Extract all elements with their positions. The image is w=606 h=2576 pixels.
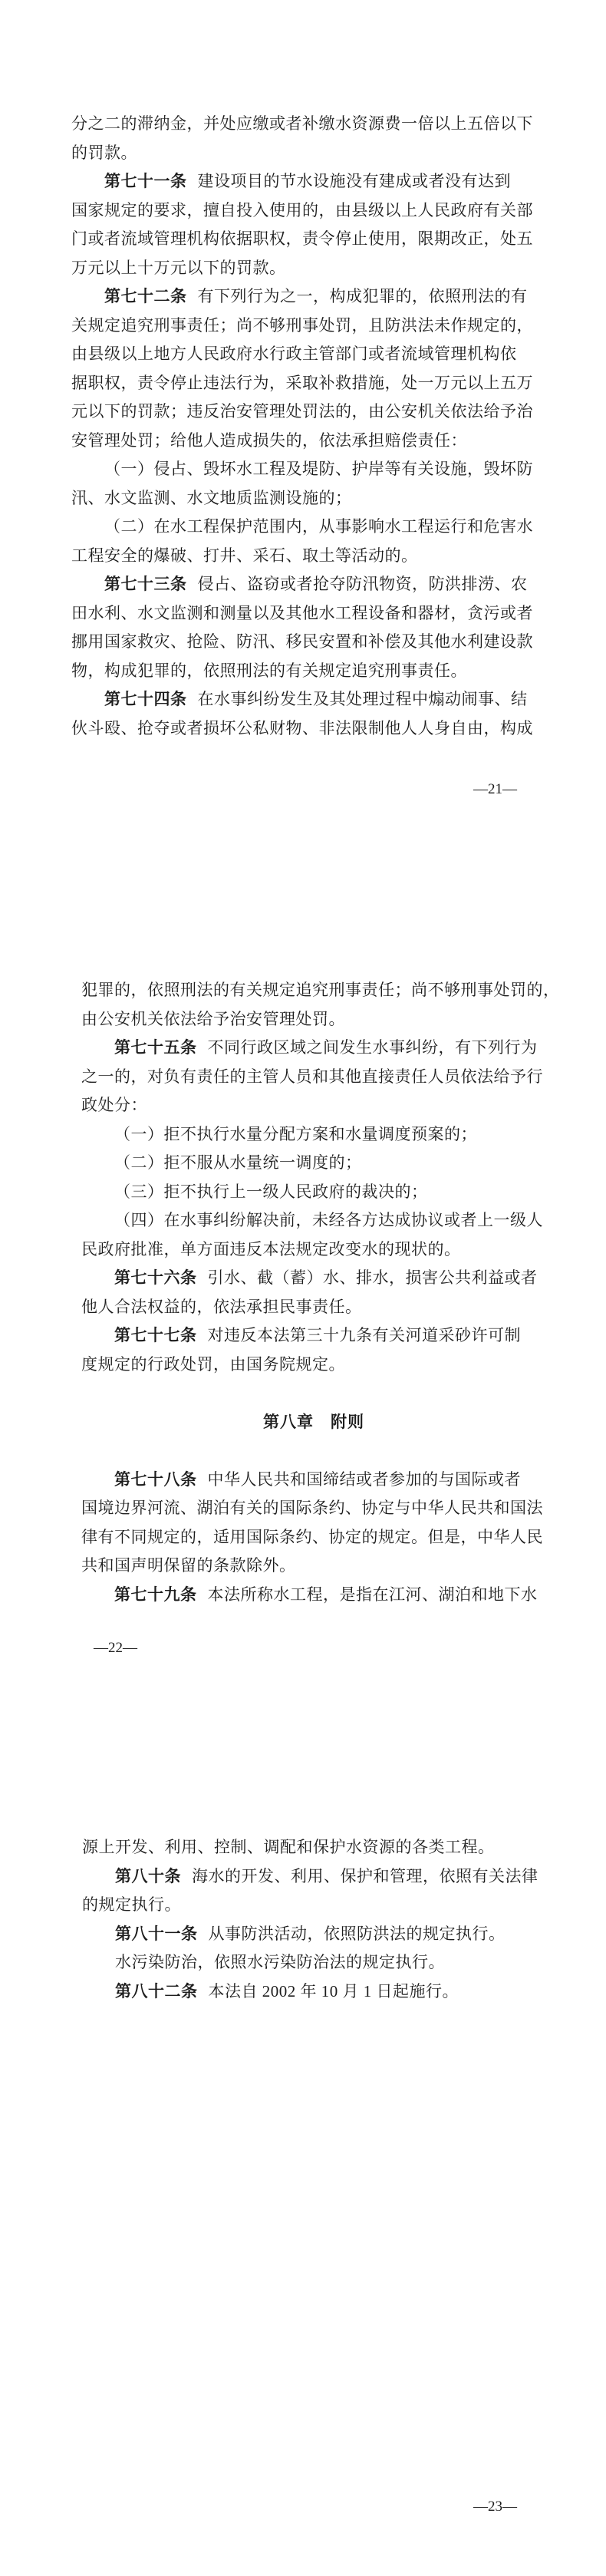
line-text: （二）拒不服从水量统一调度的；	[114, 1153, 362, 1172]
text-line: 第八十一条从事防洪活动，依照防洪法的规定执行。	[82, 1920, 547, 1949]
line-text: （四）在水事纠纷解决前，未经各方达成协议或者上一级人	[114, 1211, 543, 1229]
article-number: 第七十一条	[104, 172, 187, 190]
line-text: 从事防洪活动，依照防洪法的规定执行。	[209, 1925, 506, 1943]
text-line: 伙斗殴、抢夺或者损坏公私财物、非法限制他人人身自由，构成	[71, 714, 536, 744]
text-line: 安管理处罚；给他人造成损失的，依法承担赔偿责任：	[71, 427, 536, 456]
text-line	[81, 1436, 546, 1466]
line-text: 不同行政区域之间发生水事纠纷，有下列行为	[208, 1038, 538, 1057]
text-line: 民政府批准，单方面违反本法规定改变水的现状的。	[81, 1235, 546, 1265]
page-number: —22—	[94, 1640, 137, 1657]
line-text: （二）在水工程保护范围内，从事影响水工程运行和危害水	[104, 517, 533, 536]
line-text: 源上开发、利用、控制、调配和保护水资源的各类工程。	[82, 1838, 495, 1856]
line-text: （三）拒不执行上一级人民政府的裁决的；	[114, 1182, 428, 1201]
article-number: 第八十一条	[115, 1925, 198, 1943]
text-line: （三）拒不执行上一级人民政府的裁决的；	[81, 1178, 546, 1207]
line-text: 本法自 2002 年 10 月 1 日起施行。	[209, 1982, 459, 2000]
line-text: 有下列行为之一，构成犯罪的，依照刑法的有	[198, 287, 528, 305]
line-text: 工程安全的爆破、打井、采石、取土等活动的。	[71, 546, 418, 565]
line-text: 元以下的罚款；违反治安管理处罚法的，由公安机关依法给予治	[71, 402, 533, 421]
article-number: 第七十八条	[114, 1470, 197, 1489]
line-text: 民政府批准，单方面违反本法规定改变水的现状的。	[81, 1240, 461, 1258]
line-text: 汛、水文监测、水文地质监测设施的；	[71, 489, 352, 507]
line-text: 建设项目的节水设施没有建成或者没有达到	[198, 172, 512, 190]
line-text: （一）侵占、毁坏水工程及堤防、护岸等有关设施，毁坏防	[104, 460, 533, 478]
line-text: 犯罪的，依照刑法的有关规定追究刑事责任；尚不够刑事处罚的，	[81, 981, 560, 999]
text-line: 水污染防治，依照水污染防治法的规定执行。	[82, 1948, 547, 1977]
line-text: 的罚款。	[71, 143, 137, 162]
line-text: 对违反本法第三十九条有关河道采砂许可制	[208, 1326, 522, 1344]
page-content: 犯罪的，依照刑法的有关规定追究刑事责任；尚不够刑事处罚的，由公安机关依法给予治安…	[81, 976, 546, 1609]
text-line: 由公安机关依法给予治安管理处罚。	[81, 1005, 546, 1034]
line-text: 据职权，责令停止违法行为，采取补救措施，处一万元以上五万	[71, 374, 533, 392]
page: 犯罪的，依照刑法的有关规定追究刑事责任；尚不够刑事处罚的，由公安机关依法给予治安…	[0, 859, 606, 1717]
text-line: 万元以上十万元以下的罚款。	[71, 254, 536, 283]
text-line: （二）拒不服从水量统一调度的；	[81, 1149, 546, 1178]
text-line: 源上开发、利用、控制、调配和保护水资源的各类工程。	[82, 1833, 547, 1862]
line-text: 度规定的行政处罚，由国务院规定。	[81, 1355, 345, 1374]
chapter-heading: 第八章 附则	[81, 1408, 546, 1437]
page-content: 分之二的滞纳金，并处应缴或者补缴水资源费一倍以上五倍以下的罚款。第七十一条建设项…	[71, 110, 536, 743]
page: 分之二的滞纳金，并处应缴或者补缴水资源费一倍以上五倍以下的罚款。第七十一条建设项…	[0, 0, 606, 859]
line-text: 国境边界河流、湖泊有关的国际条约、协定与中华人民共和国法	[81, 1499, 543, 1517]
text-line: 他人合法权益的，依法承担民事责任。	[81, 1293, 546, 1322]
line-text: 水污染防治，依照水污染防治法的规定执行。	[115, 1953, 445, 1971]
line-text: 中华人民共和国缔结或者参加的与国际或者	[208, 1470, 522, 1489]
text-line: 第七十九条本法所称水工程，是指在江河、湖泊和地下水	[81, 1581, 546, 1610]
text-line: 门或者流域管理机构依据职权，责令停止使用，限期改正，处五	[71, 225, 536, 254]
text-line: 第七十七条对违反本法第三十九条有关河道采砂许可制	[81, 1321, 546, 1351]
article-number: 第七十二条	[104, 287, 187, 305]
text-line: （一）侵占、毁坏水工程及堤防、护岸等有关设施，毁坏防	[71, 455, 536, 484]
text-line: （二）在水工程保护范围内，从事影响水工程运行和危害水	[71, 513, 536, 542]
line-text: 本法所称水工程，是指在江河、湖泊和地下水	[208, 1585, 538, 1604]
article-number: 第八十条	[115, 1867, 181, 1885]
text-line: 共和国声明保留的条款除外。	[81, 1552, 546, 1581]
text-line: 分之二的滞纳金，并处应缴或者补缴水资源费一倍以上五倍以下	[71, 110, 536, 139]
text-line: 第七十六条引水、截（蓄）水、排水，损害公共利益或者	[81, 1264, 546, 1293]
text-line: （四）在水事纠纷解决前，未经各方达成协议或者上一级人	[81, 1206, 546, 1235]
line-text: 国家规定的要求，擅自投入使用的，由县级以上人民政府有关部	[71, 201, 533, 219]
text-line: 第八十条海水的开发、利用、保护和管理，依照有关法律	[82, 1862, 547, 1892]
line-text: 由公安机关依法给予治安管理处罚。	[81, 1010, 345, 1028]
line-text: 物，构成犯罪的，依照刑法的有关规定追究刑事责任。	[71, 661, 467, 680]
line-text: 在水事纠纷发生及其处理过程中煽动闹事、结	[198, 690, 528, 708]
document-canvas: 分之二的滞纳金，并处应缴或者补缴水资源费一倍以上五倍以下的罚款。第七十一条建设项…	[0, 0, 606, 2576]
text-line: 第七十一条建设项目的节水设施没有建成或者没有达到	[71, 167, 536, 196]
text-line	[81, 1379, 546, 1408]
line-text: 田水利、水文监测和测量以及其他水工程设备和器材，贪污或者	[71, 604, 533, 622]
text-line: 国境边界河流、湖泊有关的国际条约、协定与中华人民共和国法	[81, 1494, 546, 1523]
line-text: 政处分：	[81, 1096, 147, 1114]
line-text: 律有不同规定的，适用国际条约、协定的规定。但是，中华人民	[81, 1528, 543, 1546]
page-content: 源上开发、利用、控制、调配和保护水资源的各类工程。第八十条海水的开发、利用、保护…	[82, 1833, 547, 2006]
line-text: 关规定追究刑事责任；尚不够刑事处罚，且防洪法未作规定的，	[71, 316, 533, 335]
page-number: —23—	[473, 2498, 517, 2515]
line-text: 第八章 附则	[263, 1413, 364, 1431]
text-line: 据职权，责令停止违法行为，采取补救措施，处一万元以上五万	[71, 369, 536, 398]
article-number: 第七十三条	[104, 575, 187, 593]
text-line: 第七十四条在水事纠纷发生及其处理过程中煽动闹事、结	[71, 685, 536, 714]
article-number: 第七十六条	[114, 1268, 197, 1287]
text-line: 第七十五条不同行政区域之间发生水事纠纷，有下列行为	[81, 1034, 546, 1063]
text-line: 第七十二条有下列行为之一，构成犯罪的，依照刑法的有	[71, 282, 536, 312]
text-line: 工程安全的爆破、打井、采石、取土等活动的。	[71, 542, 536, 571]
text-line: 田水利、水文监测和测量以及其他水工程设备和器材，贪污或者	[71, 599, 536, 628]
text-line: 汛、水文监测、水文地质监测设施的；	[71, 484, 536, 513]
article-number: 第七十四条	[104, 690, 187, 708]
line-text: 共和国声明保留的条款除外。	[81, 1556, 296, 1575]
line-text: 引水、截（蓄）水、排水，损害公共利益或者	[208, 1268, 538, 1287]
text-line: 的罚款。	[71, 139, 536, 168]
line-text: 挪用国家救灾、抢险、防汛、移民安置和补偿及其他水利建设款	[71, 632, 533, 651]
text-line: 之一的，对负有责任的主管人员和其他直接责任人员依法给予行	[81, 1063, 546, 1092]
line-text: 侵占、盗窃或者抢夺防汛物资，防洪排涝、农	[198, 575, 528, 593]
text-line: 的规定执行。	[82, 1891, 547, 1920]
line-text: 由县级以上地方人民政府水行政主管部门或者流域管理机构依	[71, 345, 517, 363]
page: 源上开发、利用、控制、调配和保护水资源的各类工程。第八十条海水的开发、利用、保护…	[0, 1717, 606, 2576]
page-number: —21—	[473, 781, 517, 798]
text-line: 政处分：	[81, 1091, 546, 1120]
text-line: 第七十三条侵占、盗窃或者抢夺防汛物资，防洪排涝、农	[71, 570, 536, 599]
line-text: （一）拒不执行水量分配方案和水量调度预案的；	[114, 1125, 477, 1143]
text-line: 律有不同规定的，适用国际条约、协定的规定。但是，中华人民	[81, 1523, 546, 1552]
text-line: 关规定追究刑事责任；尚不够刑事处罚，且防洪法未作规定的，	[71, 312, 536, 341]
line-text: 海水的开发、利用、保护和管理，依照有关法律	[192, 1867, 538, 1885]
line-text: 的规定执行。	[82, 1895, 181, 1914]
text-line: 第七十八条中华人民共和国缔结或者参加的与国际或者	[81, 1466, 546, 1495]
text-line: 犯罪的，依照刑法的有关规定追究刑事责任；尚不够刑事处罚的，	[81, 976, 546, 1005]
text-line: 国家规定的要求，擅自投入使用的，由县级以上人民政府有关部	[71, 196, 536, 226]
line-text: 分之二的滞纳金，并处应缴或者补缴水资源费一倍以上五倍以下	[71, 114, 533, 133]
text-line: 由县级以上地方人民政府水行政主管部门或者流域管理机构依	[71, 340, 536, 369]
article-number: 第七十五条	[114, 1038, 197, 1057]
line-text	[81, 1441, 86, 1460]
article-number: 第八十二条	[115, 1982, 198, 2000]
text-line: 度规定的行政处罚，由国务院规定。	[81, 1351, 546, 1380]
line-text: 门或者流域管理机构依据职权，责令停止使用，限期改正，处五	[71, 229, 533, 248]
article-number: 第七十九条	[114, 1585, 197, 1604]
text-line: 第八十二条本法自 2002 年 10 月 1 日起施行。	[82, 1977, 547, 2007]
article-number: 第七十七条	[114, 1326, 197, 1344]
line-text: 万元以上十万元以下的罚款。	[71, 259, 286, 277]
text-line: 挪用国家救灾、抢险、防汛、移民安置和补偿及其他水利建设款	[71, 628, 536, 657]
text-line: 元以下的罚款；违反治安管理处罚法的，由公安机关依法给予治	[71, 397, 536, 427]
text-line: 物，构成犯罪的，依照刑法的有关规定追究刑事责任。	[71, 657, 536, 686]
line-text: 他人合法权益的，依法承担民事责任。	[81, 1298, 362, 1316]
line-text: 安管理处罚；给他人造成损失的，依法承担赔偿责任：	[71, 431, 467, 450]
line-text: 伙斗殴、抢夺或者损坏公私财物、非法限制他人人身自由，构成	[71, 719, 533, 737]
line-text	[81, 1384, 86, 1402]
text-line: （一）拒不执行水量分配方案和水量调度预案的；	[81, 1120, 546, 1149]
line-text: 之一的，对负有责任的主管人员和其他直接责任人员依法给予行	[81, 1067, 543, 1086]
